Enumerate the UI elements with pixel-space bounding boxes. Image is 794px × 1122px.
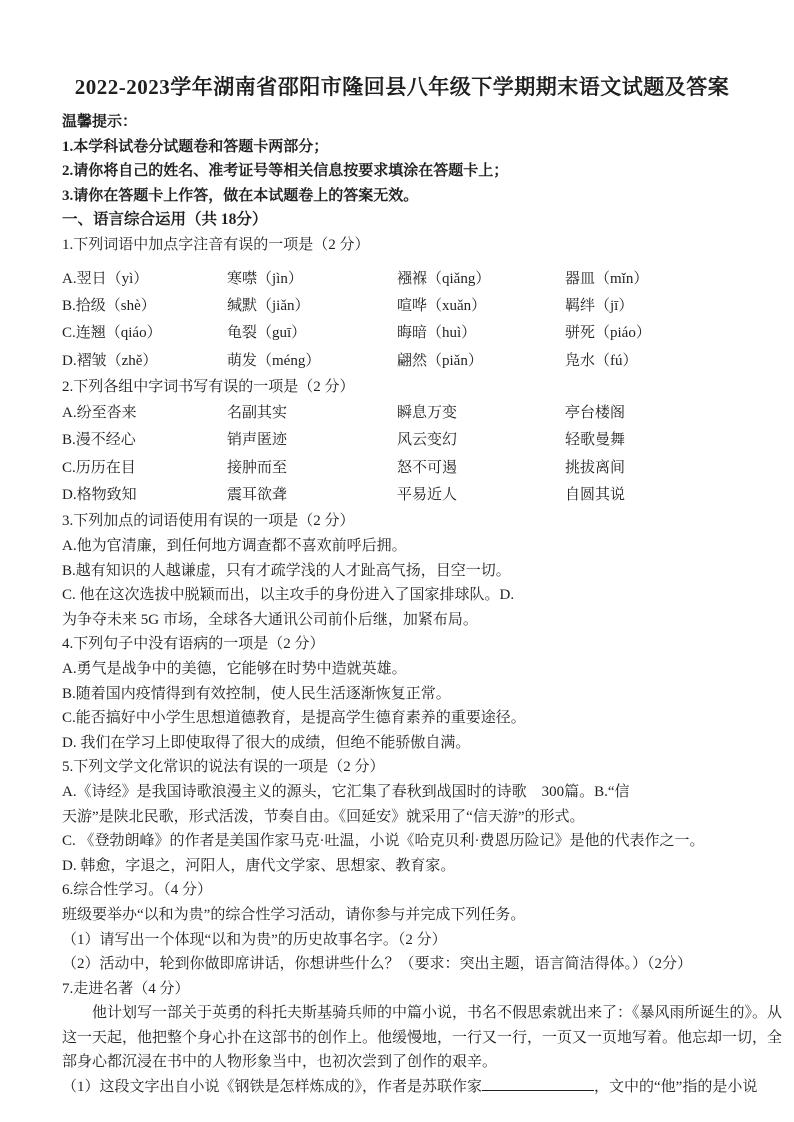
q2-option-c1: C.历历在目	[62, 455, 227, 482]
q7-passage-line-2: 这一天起，他把整个身心扑在这部书的创作上。他缓慢地，一行又一行，一页又一页地写着…	[62, 1026, 742, 1051]
q2-option-a3: 瞬息万变	[397, 400, 565, 427]
q3-option-a: A.他为官清廉，到任何地方调查都不喜欢前呼后拥。	[62, 534, 742, 559]
q7-passage-line-3: 部身心都沉浸在书中的人物形象当中，也初次尝到了创作的艰辛。	[62, 1050, 742, 1075]
answer-blank	[482, 1075, 594, 1091]
q2-option-b2: 销声匿迹	[227, 427, 397, 454]
question-3-stem: 3.下列加点的词语使用有误的一项是（2 分）	[62, 509, 742, 534]
question-6-stem: 6.综合性学习。（4 分）	[62, 878, 742, 903]
q2-option-a4: 亭台楼阁	[565, 400, 742, 427]
q7-passage-line-1: 他计划写一部关于英勇的科托夫斯基骑兵师的中篇小说，书名不假思索就出来了：《暴风雨…	[62, 1001, 742, 1026]
q2-option-a2: 名副其实	[227, 400, 397, 427]
q3-option-c: C. 他在这次选拔中脱颖而出，以主攻手的身份进入了国家排球队。D.	[62, 583, 742, 608]
q1-option-b3: 喧哗（xuǎn）	[397, 293, 565, 320]
q5-option-b-continued: 天游”是陕北民歌，形式活泼，节奏自由。《回延安》就采用了“信天游”的形式。	[62, 805, 742, 830]
q1-option-c2: 龟裂（guī）	[227, 320, 397, 347]
q2-option-c2: 接肿而至	[227, 455, 397, 482]
q3-option-b: B.越有知识的人越谦虚，只有才疏学浅的人才趾高气扬，目空一切。	[62, 559, 742, 584]
q4-option-a: A.勇气是战争中的美德，它能够在时势中造就英雄。	[62, 657, 742, 682]
q4-option-b: B.随着国内疫情得到有效控制，使人民生活逐渐恢复正常。	[62, 682, 742, 707]
q4-option-d: D. 我们在学习上即使取得了很大的成绩，但绝不能骄傲自满。	[62, 731, 742, 756]
q2-option-c3: 怒不可遏	[397, 455, 565, 482]
q1-option-b1: B.拾级（shè）	[62, 293, 227, 320]
q1-option-a2: 寒噤（jìn）	[227, 266, 397, 293]
q5-option-d: D. 韩愈，字退之，河阳人，唐代文学家、思想家、教育家。	[62, 854, 742, 879]
notice-line-3: 3.请你在答题卡上作答，做在本试题卷上的答案无效。	[62, 184, 742, 209]
question-2-options: A.纷至沓来 名副其实 瞬息万变 亭台楼阁 B.漫不经心 销声匿迹 风云变幻 轻…	[62, 400, 742, 510]
q1-option-d1: D.褶皱（zhě）	[62, 348, 227, 375]
question-4-stem: 4.下列句子中没有语病的一项是（2 分）	[62, 632, 742, 657]
q7-subquestion-1: （1）这段文字出自小说《钢铁是怎样炼成的》，作者是苏联作家，文中的“他”指的是小…	[62, 1075, 742, 1100]
q3-option-d-continued: 为争夺未来 5G 市场，全球各大通讯公司前仆后继，加紧布局。	[62, 608, 742, 633]
q1-option-a3: 襁褓（qiǎng）	[397, 266, 565, 293]
exam-paper-page: 2022-2023学年湖南省邵阳市隆回县八年级下学期期末语文试题及答案 温馨提示…	[0, 0, 794, 1122]
q6-subquestion-2: （2）活动中，轮到你做即席讲话，你想讲些什么？（要求：突出主题，语言简洁得体。）…	[62, 952, 742, 977]
q2-option-d1: D.格物致知	[62, 482, 227, 509]
q2-option-b3: 风云变幻	[397, 427, 565, 454]
q1-option-a4: 器皿（mǐn）	[565, 266, 742, 293]
q2-option-c4: 挑拔离间	[565, 455, 742, 482]
notice-line-2: 2.请你将自己的姓名、准考证号等相关信息按要求填涂在答题卡上；	[62, 159, 742, 184]
q1-option-d2: 萌发（méng）	[227, 348, 397, 375]
q7-sub1-text-before: （1）这段文字出自小说《钢铁是怎样炼成的》，作者是苏联作家	[62, 1079, 482, 1095]
page-title: 2022-2023学年湖南省邵阳市隆回县八年级下学期期末语文试题及答案	[62, 74, 742, 101]
notice-line-1: 1.本学科试卷分试题卷和答题卡两部分；	[62, 135, 742, 160]
q1-option-d4: 凫水（fú）	[565, 348, 742, 375]
q2-option-d4: 自圆其说	[565, 482, 742, 509]
notice-heading: 温馨提示：	[62, 110, 742, 135]
q1-option-b2: 缄默（jiǎn）	[227, 293, 397, 320]
question-1-stem: 1.下列词语中加点字注音有误的一项是（2 分）	[62, 233, 742, 258]
q2-option-b4: 轻歌曼舞	[565, 427, 742, 454]
q1-option-c1: C.连翘（qiáo）	[62, 320, 227, 347]
q2-option-b1: B.漫不经心	[62, 427, 227, 454]
question-2-stem: 2.下列各组中字词书写有误的一项是（2 分）	[62, 375, 742, 400]
q5-option-c: C. 《登勃朗峰》的作者是美国作家马克·吐温，小说《哈克贝利·费恩历险记》是他的…	[62, 829, 742, 854]
section-heading: 一、语言综合运用（共 18分）	[62, 208, 742, 233]
q6-intro: 班级要举办“以和为贵”的综合性学习活动，请你参与并完成下列任务。	[62, 903, 742, 928]
q1-option-c3: 晦暗（huì）	[397, 320, 565, 347]
q6-subquestion-1: （1）请写出一个体现“以和为贵”的历史故事名字。（2 分）	[62, 928, 742, 953]
q4-option-c: C.能否搞好中小学生思想道德教育，是提高学生德育素养的重要途径。	[62, 706, 742, 731]
question-7-stem: 7.走进名著（4 分）	[62, 977, 742, 1002]
q1-option-b4: 羁绊（jī）	[565, 293, 742, 320]
q1-option-a1: A.翌日（yì）	[62, 266, 227, 293]
question-5-stem: 5.下列文学文化常识的说法有误的一项是（2 分）	[62, 755, 742, 780]
question-1-options: A.翌日（yì） 寒噤（jìn） 襁褓（qiǎng） 器皿（mǐn） B.拾级（…	[62, 266, 742, 376]
q2-option-d3: 平易近人	[397, 482, 565, 509]
q2-option-d2: 震耳欲聋	[227, 482, 397, 509]
q1-option-c4: 骈死（piáo）	[565, 320, 742, 347]
q5-option-a: A.《诗经》是我国诗歌浪漫主义的源头，它汇集了春秋到战国时的诗歌 300篇。B.…	[62, 780, 742, 805]
q2-option-a1: A.纷至沓来	[62, 400, 227, 427]
q7-sub1-text-after: ，文中的“他”指的是小说	[594, 1079, 757, 1095]
q1-option-d3: 翩然（piǎn）	[397, 348, 565, 375]
